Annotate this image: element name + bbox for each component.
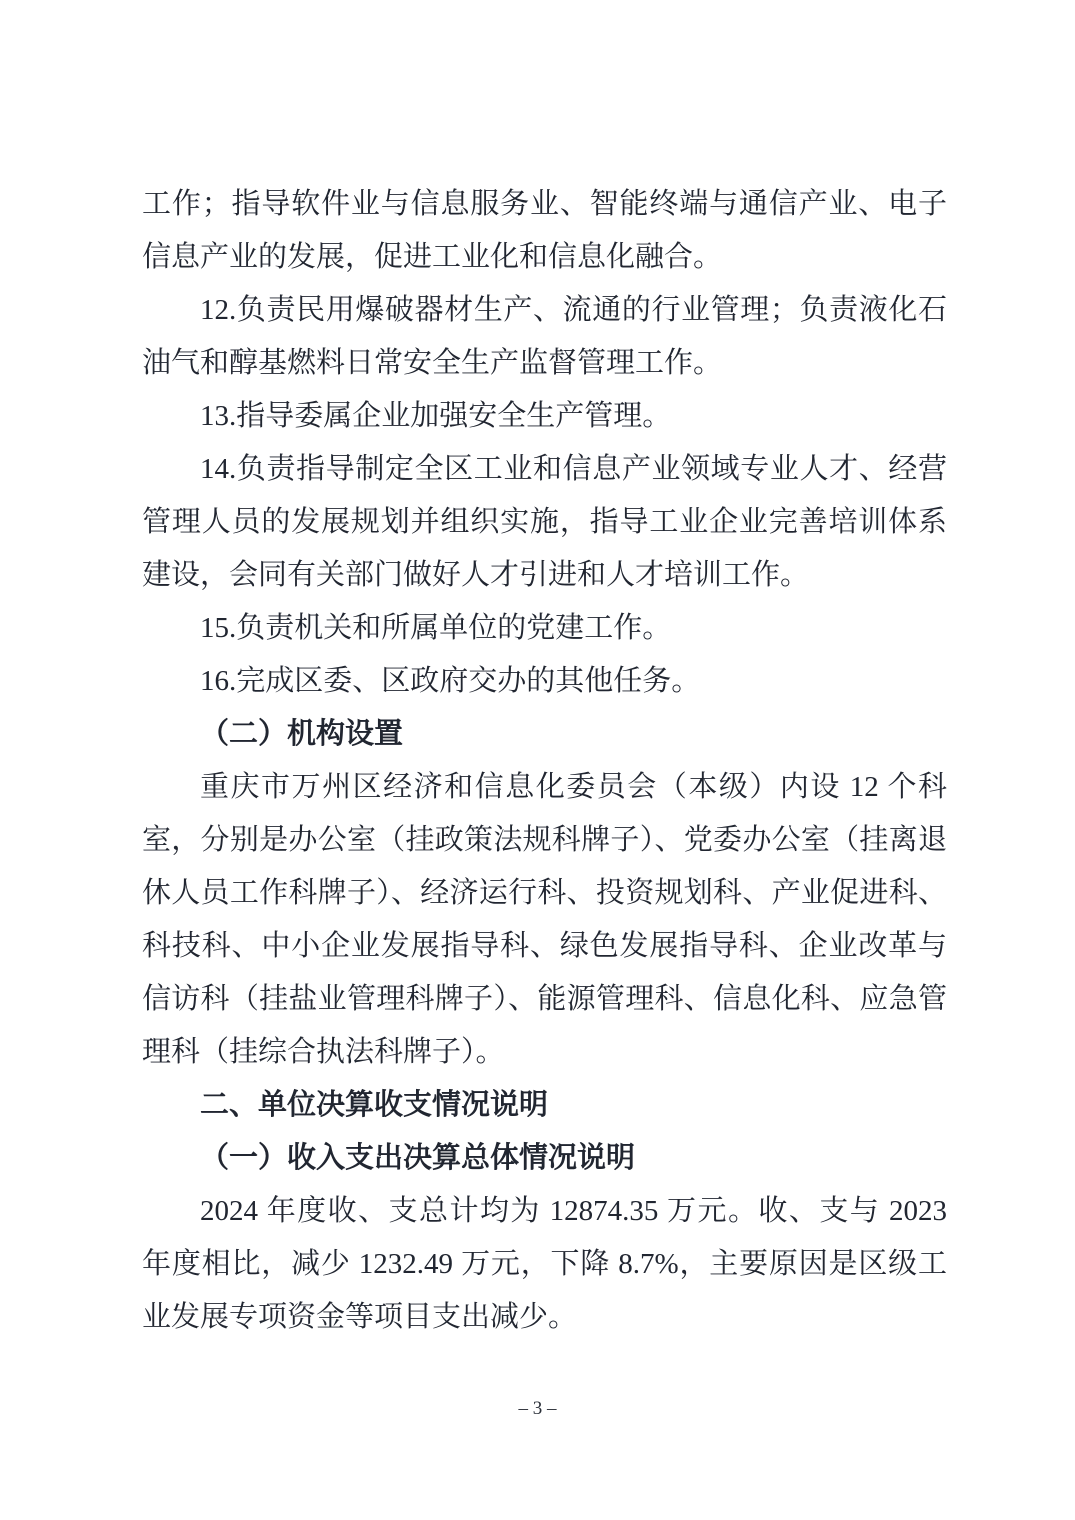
subsection-heading-2: （二）机构设置	[142, 708, 947, 761]
paragraph-item-13: 13.指导委属企业加强安全生产管理。	[142, 390, 947, 443]
document-page: 工作；指导软件业与信息服务业、智能终端与通信产业、电子信息产业的发展，促进工业化…	[0, 0, 1075, 1520]
page-number: – 3 –	[0, 1394, 1075, 1424]
paragraph-item-12: 12.负责民用爆破器材生产、流通的行业管理；负责液化石油气和醇基燃料日常安全生产…	[142, 284, 947, 390]
paragraph-item-16: 16.完成区委、区政府交办的其他任务。	[142, 655, 947, 708]
paragraph-org-structure: 重庆市万州区经济和信息化委员会（本级）内设 12 个科室，分别是办公室（挂政策法…	[142, 761, 947, 1079]
paragraph-budget-summary: 2024 年度收、支总计均为 12874.35 万元。收、支与 2023 年度相…	[142, 1185, 947, 1344]
paragraph-continuation: 工作；指导软件业与信息服务业、智能终端与通信产业、电子信息产业的发展，促进工业化…	[142, 178, 947, 284]
document-body: 工作；指导软件业与信息服务业、智能终端与通信产业、电子信息产业的发展，促进工业化…	[142, 178, 947, 1344]
subsection-heading-1: （一）收入支出决算总体情况说明	[142, 1132, 947, 1185]
section-heading-2: 二、单位决算收支情况说明	[142, 1079, 947, 1132]
paragraph-item-15: 15.负责机关和所属单位的党建工作。	[142, 602, 947, 655]
paragraph-item-14: 14.负责指导制定全区工业和信息产业领域专业人才、经营管理人员的发展规划并组织实…	[142, 443, 947, 602]
